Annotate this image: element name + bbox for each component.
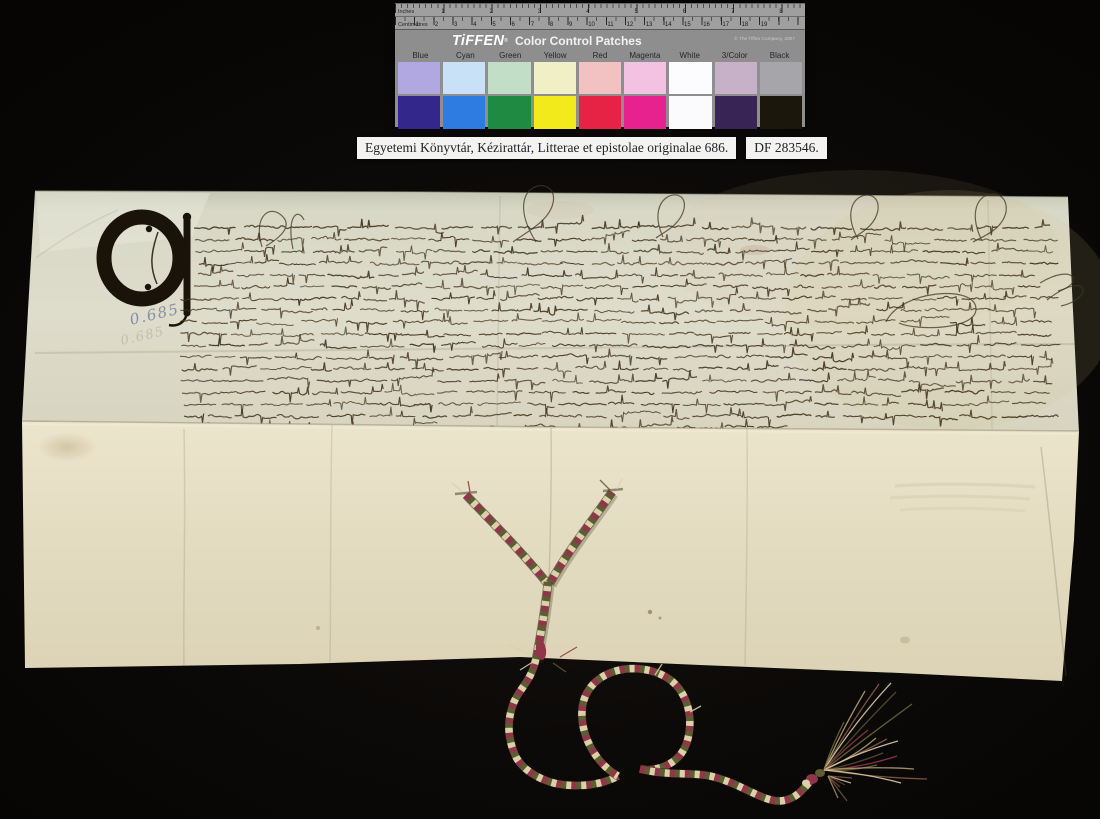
patch-blue-pastel — [398, 62, 440, 94]
parchment-plica-fold — [22, 421, 1079, 681]
patch-black-pastel — [760, 62, 802, 94]
card-title: Color Control Patches — [515, 34, 642, 48]
label-red: Red — [578, 51, 623, 62]
label-white: White — [667, 51, 712, 62]
patch-3color-pastel — [715, 62, 757, 94]
label-yellow: Yellow — [533, 51, 578, 62]
patch-red-saturated — [579, 96, 621, 129]
ruler-centimetres: Centimetres 1234567891011121314151617181… — [395, 16, 805, 29]
patch-white-pastel — [669, 62, 711, 94]
patch-3color-saturated — [715, 96, 757, 129]
patch-magenta-pastel — [624, 62, 666, 94]
label-cyan: Cyan — [443, 51, 488, 62]
archive-label-reference: DF 283546. — [746, 137, 827, 159]
registered-mark: ® — [504, 38, 508, 44]
label-black: Black — [757, 51, 802, 62]
label-3color: 3/Color — [712, 51, 757, 62]
ruler: Inches 12345678 Centimetres 123456789101… — [395, 3, 805, 30]
patch-magenta-saturated — [624, 96, 666, 129]
patch-green-saturated — [488, 96, 530, 129]
patch-yellow-saturated — [534, 96, 576, 129]
ruler-cm-label: Centimetres — [398, 22, 428, 28]
patch-white-saturated — [669, 96, 711, 129]
patch-blue-saturated — [398, 96, 440, 129]
card-header: TiFFEN® Color Control Patches © The Tiff… — [395, 30, 805, 51]
patch-black-saturated — [760, 96, 802, 129]
patch-green-pastel — [488, 62, 530, 94]
ruler-inches-label: Inches — [398, 9, 414, 15]
photo-stage: Inches 12345678 Centimetres 123456789101… — [0, 0, 1100, 819]
label-magenta: Magenta — [622, 51, 667, 62]
archive-label-collection: Egyetemi Könyvtár, Kézirattár, Litterae … — [357, 137, 736, 159]
patch-yellow-pastel — [534, 62, 576, 94]
patch-column-labels: Blue Cyan Green Yellow Red Magenta White… — [395, 51, 805, 62]
patch-cyan-pastel — [443, 62, 485, 94]
tiffen-logo: TiFFEN — [452, 33, 504, 49]
ruler-inches: Inches 12345678 — [395, 4, 805, 16]
label-blue: Blue — [398, 51, 443, 62]
tiffen-color-card: Inches 12345678 Centimetres 123456789101… — [395, 3, 805, 127]
patch-row-saturated — [395, 96, 805, 129]
card-copyright: © The Tiffen Company, 2007 — [734, 37, 795, 42]
label-green: Green — [488, 51, 533, 62]
patch-red-pastel — [579, 62, 621, 94]
patch-cyan-saturated — [443, 96, 485, 129]
archive-label: Egyetemi Könyvtár, Kézirattár, Litterae … — [357, 137, 827, 159]
patch-row-pastel — [395, 62, 805, 94]
